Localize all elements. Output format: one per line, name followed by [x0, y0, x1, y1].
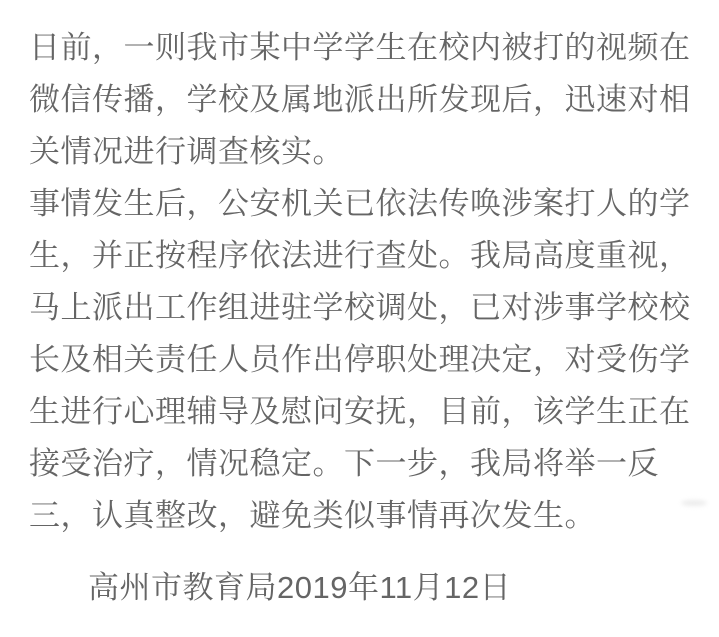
text-line: 关情况进行调查核实。 [29, 126, 695, 178]
text-line: 马上派出工作组进驻学校调处，已对涉事学校校 [29, 282, 695, 334]
signature-line: 高州市教育局2019年11月12日 [29, 562, 695, 614]
text-line: 生进行心理辅导及慰问安抚，目前，该学生正在 [29, 386, 695, 438]
text-line: 三，认真整改，避免类似事情再次发生。 [29, 490, 695, 542]
text-line: 日前，一则我市某中学学生在校内被打的视频在 [29, 22, 695, 74]
text-line: 微信传播，学校及属地派出所发现后，迅速对相 [29, 74, 695, 126]
announcement-document: 日前，一则我市某中学学生在校内被打的视频在 微信传播，学校及属地派出所发现后，迅… [0, 0, 719, 614]
text-line: 接受治疗，情况稳定。下一步，我局将举一反 [29, 438, 695, 490]
text-line: 长及相关责任人员作出停职处理决定，对受伤学 [29, 334, 695, 386]
paragraph-response: 事情发生后，公安机关已依法传唤涉案打人的学 生，并正按程序依法进行查处。我局高度… [29, 178, 695, 542]
paragraph-incident: 日前，一则我市某中学学生在校内被打的视频在 微信传播，学校及属地派出所发现后，迅… [29, 22, 695, 178]
text-line: 事情发生后，公安机关已依法传唤涉案打人的学 [29, 178, 695, 230]
smudge-artifact [681, 500, 707, 506]
text-line: 生，并正按程序依法进行查处。我局高度重视， [29, 230, 695, 282]
